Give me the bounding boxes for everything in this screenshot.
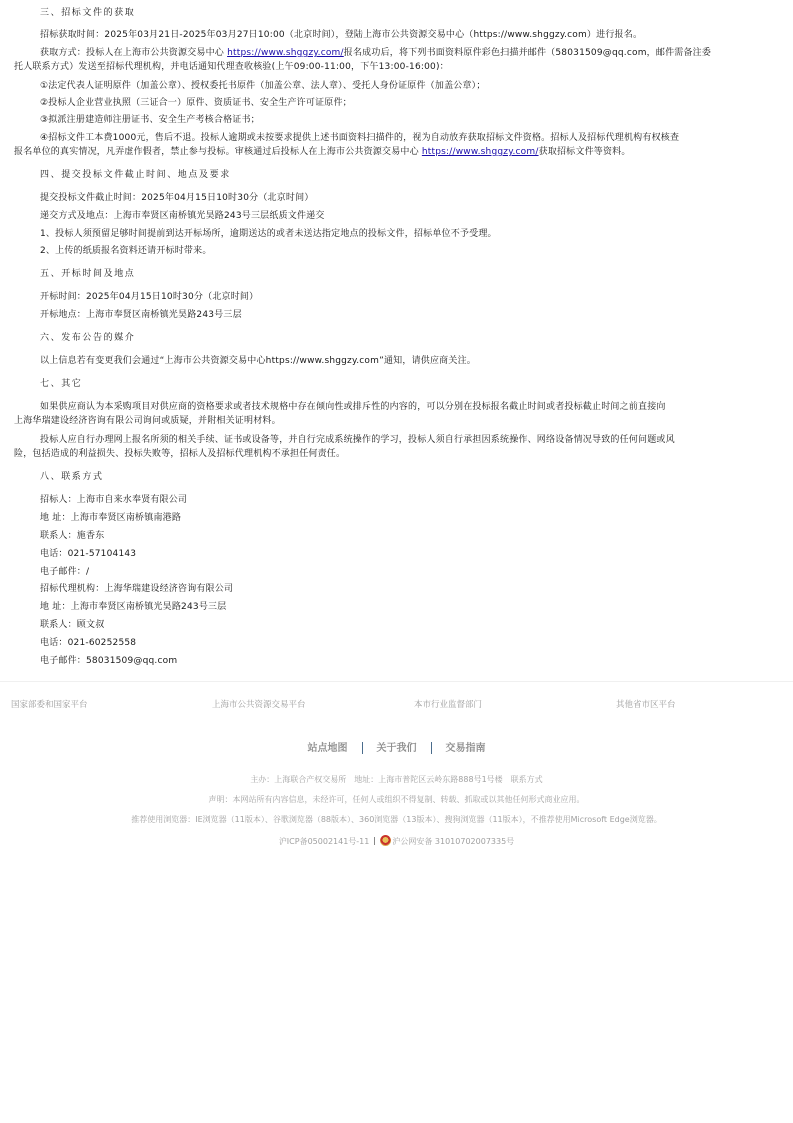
section-heading-7: 七、其它	[40, 378, 82, 390]
footer-sponsor: 主办：上海联合产权交易所 地址：上海市普陀区云岭东路888号1号楼 联系方式	[0, 774, 793, 785]
other-p2-line-1: 投标人应自行办理网上报名所须的相关手续、证书或设备等，并自行完成系统操作的学习，…	[40, 434, 675, 446]
required-doc-item-1: ①法定代表人证明原件（加盖公章）、授权委托书原件（加盖公章、法人章）、受托人身份…	[40, 80, 486, 92]
acquire-method-prefix: 获取方式：投标人在上海市公共资源交易中心	[40, 48, 224, 58]
fee-text-suffix: 获取招标文件等资料。	[539, 147, 631, 157]
acquire-method-line-2: 托人联系方式）发送至招标代理机构，并电话通知代理查收核验(上午09:00-11:…	[14, 61, 449, 73]
bid-note-2: 2、上传的纸质报名资料还请开标时带来。	[40, 245, 212, 257]
bid-deadline-text: 提交投标文件截止时间：2025年04月15日10时30分（北京时间）	[40, 192, 314, 204]
police-registration[interactable]: 沪公网安备 31010702007335号	[392, 837, 514, 846]
footer-link-national[interactable]: 国家部委和国家平台	[11, 698, 88, 710]
shggzy-link[interactable]: https://www.shggzy.com/	[227, 48, 344, 58]
footer-statement: 声明：本网站所有内容信息，未经许可，任何人或组织不得复制、转载、抓取或以其他任何…	[0, 794, 793, 805]
fee-text-prefix: 报名单位的真实情况，凡弄虚作假者，禁止参与投标。审核通过后投标人在上海市公共资源…	[14, 147, 419, 157]
section-heading-6: 六、发布公告的媒介	[40, 332, 135, 344]
footer-nav-guide[interactable]: 交易指南	[446, 743, 486, 754]
acquire-method-suffix: 报名成功后，将下列书面资料原件彩色扫描并邮件（58031509@qq.com，邮…	[344, 48, 711, 58]
contact-line: 联系人：顾文叔	[40, 619, 104, 631]
acquire-time-text: 招标获取时间：2025年03月21日-2025年03月27日10:00（北京时间…	[40, 29, 642, 41]
section-heading-8: 八、联系方式	[40, 471, 104, 483]
footer-divider-bar	[374, 837, 375, 845]
other-p1-line-2: 上海华瑞建设经济咨询有限公司询问或质疑，并附相关证明材料。	[14, 415, 281, 427]
footer-divider	[0, 681, 793, 682]
footer-nav: 站点地图关于我们交易指南	[0, 739, 793, 754]
footer-link-supervision[interactable]: 本市行业监督部门	[414, 698, 482, 710]
contact-line: 电话：021-57104143	[40, 548, 136, 560]
required-doc-item-2: ②投标人企业营业执照（三证合一）原件、资质证书、安全生产许可证原件；	[40, 97, 352, 109]
opening-time-text: 开标时间：2025年04月15日10时30分（北京时间）	[40, 291, 258, 303]
footer-browsers: 推荐使用浏览器：IE浏览器（11版本）、谷歌浏览器（88版本）、360浏览器（1…	[0, 814, 793, 825]
contact-line: 电子邮件：/	[40, 566, 89, 578]
section-heading-3: 三、招标文件的获取	[40, 7, 135, 19]
footer-nav-divider	[431, 742, 432, 754]
shggzy-link-2[interactable]: https://www.shggzy.com/	[422, 147, 539, 157]
other-p1-line-1: 如果供应商认为本采购项目对供应商的资格要求或者技术规格中存在倾向性或排斥性的内容…	[40, 401, 666, 413]
bid-place-text: 递交方式及地点：上海市奉贤区南桥镇光昊路243号三层纸质文件递交	[40, 210, 325, 222]
opening-place-text: 开标地点：上海市奉贤区南桥镇光昊路243号三层	[40, 309, 242, 321]
acquire-method-line: 获取方式：投标人在上海市公共资源交易中心 https://www.shggzy.…	[40, 47, 711, 59]
required-doc-item-3: ③拟派注册建造师注册证书、安全生产考核合格证书；	[40, 114, 260, 126]
contact-line: 招标代理机构：上海华瑞建设经济咨询有限公司	[40, 583, 233, 595]
contact-line: 联系人：施香东	[40, 530, 104, 542]
fee-text-line-1: ④招标文件工本费1000元，售后不退。投标人逾期或未按要求提供上述书面资料扫描件…	[40, 132, 679, 144]
contact-line: 电话：021-60252558	[40, 637, 136, 649]
footer-nav-sitemap[interactable]: 站点地图	[308, 743, 348, 754]
section-heading-4: 四、提交投标文件截止时间、地点及要求	[40, 169, 231, 181]
section-heading-5: 五、开标时间及地点	[40, 268, 135, 280]
footer-link-other-provinces[interactable]: 其他省市区平台	[616, 698, 676, 710]
footer-link-shanghai-platform[interactable]: 上海市公共资源交易平台	[212, 698, 306, 710]
contact-line: 地 址：上海市奉贤区南桥镇南港路	[40, 512, 181, 524]
contact-line: 地 址：上海市奉贤区南桥镇光昊路243号三层	[40, 601, 226, 613]
footer-nav-about[interactable]: 关于我们	[377, 743, 417, 754]
fee-text-line-2: 报名单位的真实情况，凡弄虚作假者，禁止参与投标。审核通过后投标人在上海市公共资源…	[14, 146, 631, 158]
contact-line: 招标人：上海市自来水奉贤有限公司	[40, 494, 187, 506]
footer-registration: 沪ICP备05002141号-11沪公网安备 31010702007335号	[0, 835, 793, 847]
contact-line: 电子邮件：58031509@qq.com	[40, 655, 177, 667]
icp-number[interactable]: 沪ICP备05002141号-11	[279, 837, 370, 846]
bid-note-1: 1、投标人须预留足够时间提前到达开标场所，逾期送达的或者未送达指定地点的投标文件…	[40, 228, 497, 240]
media-text: 以上信息若有变更我们会通过“上海市公共资源交易中心https://www.shg…	[40, 355, 476, 367]
other-p2-line-2: 险，包括造成的利益损失、投标失败等，招标人及招标代理机构不承担任何责任。	[14, 448, 345, 460]
footer-nav-divider	[362, 742, 363, 754]
police-badge-icon	[380, 835, 391, 846]
